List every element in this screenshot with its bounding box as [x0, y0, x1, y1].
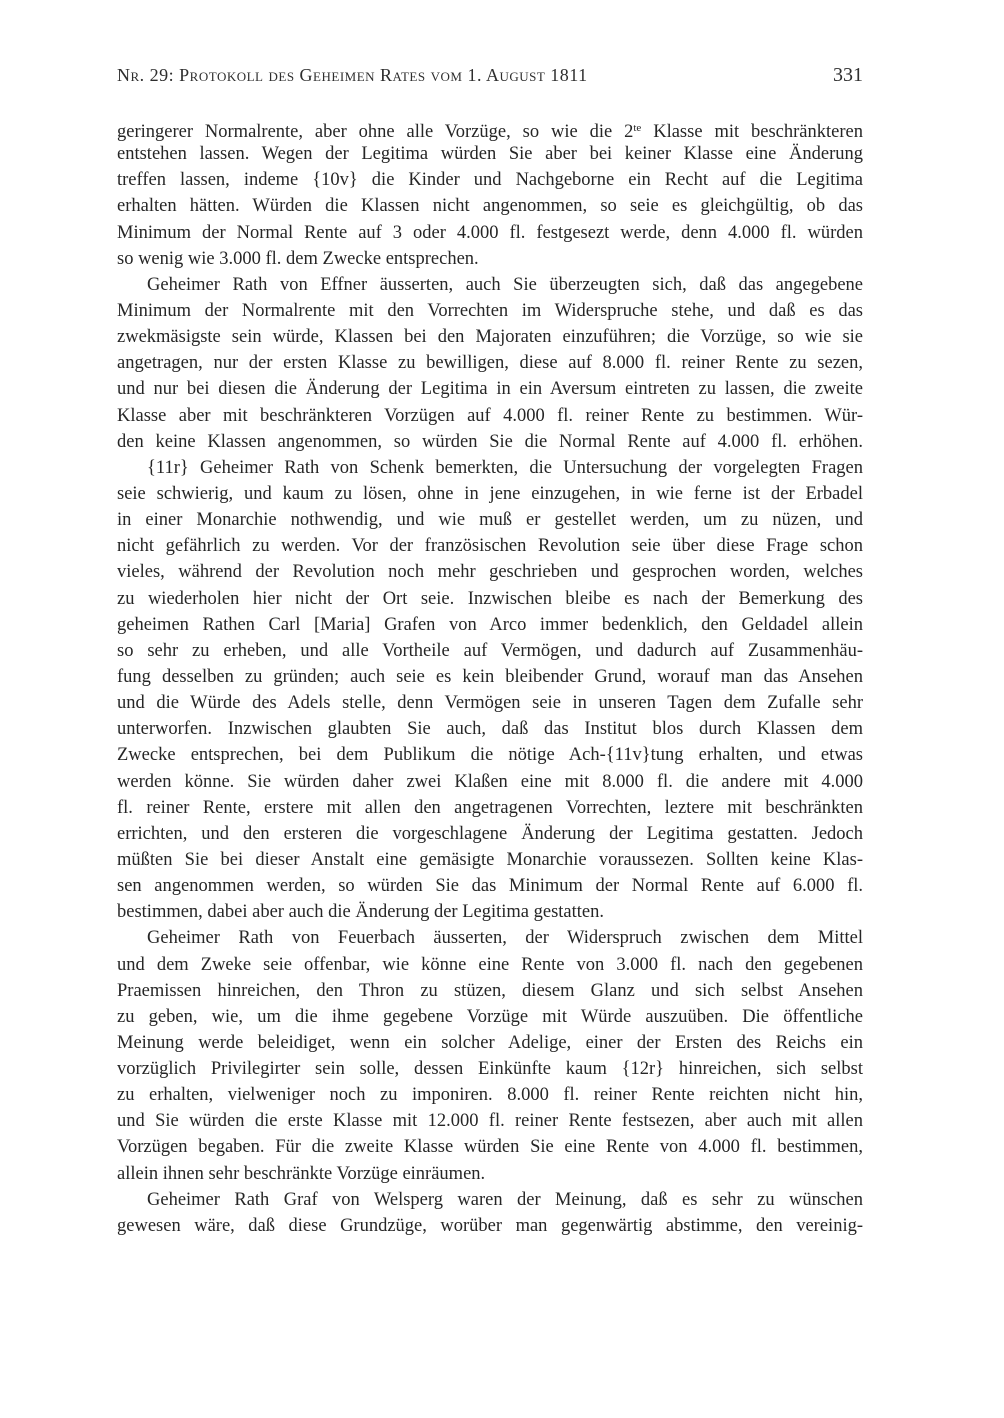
text-line: so sehr zu erheben, und alle Vortheile a…: [117, 638, 863, 664]
text-line: Geheimer Rath Graf von Welsperg waren de…: [117, 1187, 863, 1213]
text-line: treffen lassen, indeme {10v} die Kinder …: [117, 167, 863, 193]
book-page: { "header": { "title": "Nr. 29: Protokol…: [0, 0, 1004, 1418]
line-text: geringerer Normalrente, aber ohne alle V…: [117, 122, 633, 141]
text-line: Geheimer Rath von Feuerbach äusserten, d…: [117, 925, 863, 951]
text-line: zu geben, wie, um die ihme gegebene Vorz…: [117, 1004, 863, 1030]
text-line: errichten, und den ersteren die vorgesch…: [117, 821, 863, 847]
text-line: den keine Klassen angenommen, so würden …: [117, 429, 863, 455]
text-line: seie schwierig, und kaum zu lösen, ohne …: [117, 481, 863, 507]
text-line: Vorzügen begaben. Für die zweite Klasse …: [117, 1134, 863, 1160]
text-line: Zwecke entsprechen, bei dem Publikum die…: [117, 742, 863, 768]
line-text: Klasse mit beschränkteren: [641, 122, 863, 141]
text-line: entstehen lassen. Wegen der Legitima wür…: [117, 141, 863, 167]
text-line: Praemissen hinreichen, den Thron zu stüz…: [117, 978, 863, 1004]
text-line: und nur bei diesen die Änderung der Legi…: [117, 376, 863, 402]
text-line: werden könne. Sie würden daher zwei Klaß…: [117, 769, 863, 795]
paragraph: Geheimer Rath Graf von Welsperg waren de…: [117, 1187, 863, 1239]
page-number: 331: [833, 64, 863, 87]
text-line: zu wiederholen hier nicht der Ort seie. …: [117, 586, 863, 612]
text-line: Minimum der Normal Rente auf 3 oder 4.00…: [117, 220, 863, 246]
text-line: Minimum der Normalrente mit den Vorrecht…: [117, 298, 863, 324]
text-line: Meinung werde beleidiget, wenn ein solch…: [117, 1030, 863, 1056]
page-header: Nr. 29: Protokoll des Geheimen Rates vom…: [117, 64, 863, 87]
text-line: nicht gefährlich zu werden. Vor der fran…: [117, 533, 863, 559]
paragraph: {11r} Geheimer Rath von Schenk bemerkten…: [117, 455, 863, 926]
text-line: vorzüglich Privilegirter sein solle, des…: [117, 1056, 863, 1082]
text-line: vieles, während der Revolution noch mehr…: [117, 559, 863, 585]
text-line: allein ihnen sehr beschränkte Vorzüge ei…: [117, 1161, 863, 1187]
text-line: fung desselben zu gründen; auch seie es …: [117, 664, 863, 690]
text-line: und dem Zweke seie offenbar, wie könne e…: [117, 952, 863, 978]
text-line: und die Würde des Adels stelle, denn Ver…: [117, 690, 863, 716]
text-line: angetragen, nur der ersten Klasse zu bew…: [117, 350, 863, 376]
text-line: und Sie würden die erste Klasse mit 12.0…: [117, 1108, 863, 1134]
text-line: sen angenommen werden, so würden Sie das…: [117, 873, 863, 899]
text-line: {11r} Geheimer Rath von Schenk bemerkten…: [117, 455, 863, 481]
text-line: Klasse aber mit beschränkteren Vorzügen …: [117, 403, 863, 429]
paragraph: Geheimer Rath von Feuerbach äusserten, d…: [117, 925, 863, 1186]
text-line: unterworfen. Inzwischen glaubten Sie auc…: [117, 716, 863, 742]
text-line: erhalten hätten. Würden die Klassen nich…: [117, 193, 863, 219]
text-line: geheimen Rathen Carl [Maria] Grafen von …: [117, 612, 863, 638]
text-line: so wenig wie 3.000 fl. dem Zwecke entspr…: [117, 246, 863, 272]
paragraph: Geheimer Rath von Effner äusserten, auch…: [117, 272, 863, 455]
text-line: geringerer Normalrente, aber ohne alle V…: [117, 115, 863, 141]
text-line: Geheimer Rath von Effner äusserten, auch…: [117, 272, 863, 298]
text-line: bestimmen, dabei aber auch die Änderung …: [117, 899, 863, 925]
text-body: geringerer Normalrente, aber ohne alle V…: [117, 115, 863, 1239]
text-line: fl. reiner Rente, erstere mit allen den …: [117, 795, 863, 821]
paragraph: geringerer Normalrente, aber ohne alle V…: [117, 115, 863, 272]
text-line: gewesen wäre, daß diese Grundzüge, worüb…: [117, 1213, 863, 1239]
text-line: zu erhalten, vielweniger noch zu imponir…: [117, 1082, 863, 1108]
text-line: in einer Monarchie nothwendig, und wie m…: [117, 507, 863, 533]
running-header-title: Nr. 29: Protokoll des Geheimen Rates vom…: [117, 65, 588, 86]
text-line: müßten Sie bei dieser Anstalt eine gemäs…: [117, 847, 863, 873]
text-line: zwekmäsigste sein würde, Klassen bei den…: [117, 324, 863, 350]
